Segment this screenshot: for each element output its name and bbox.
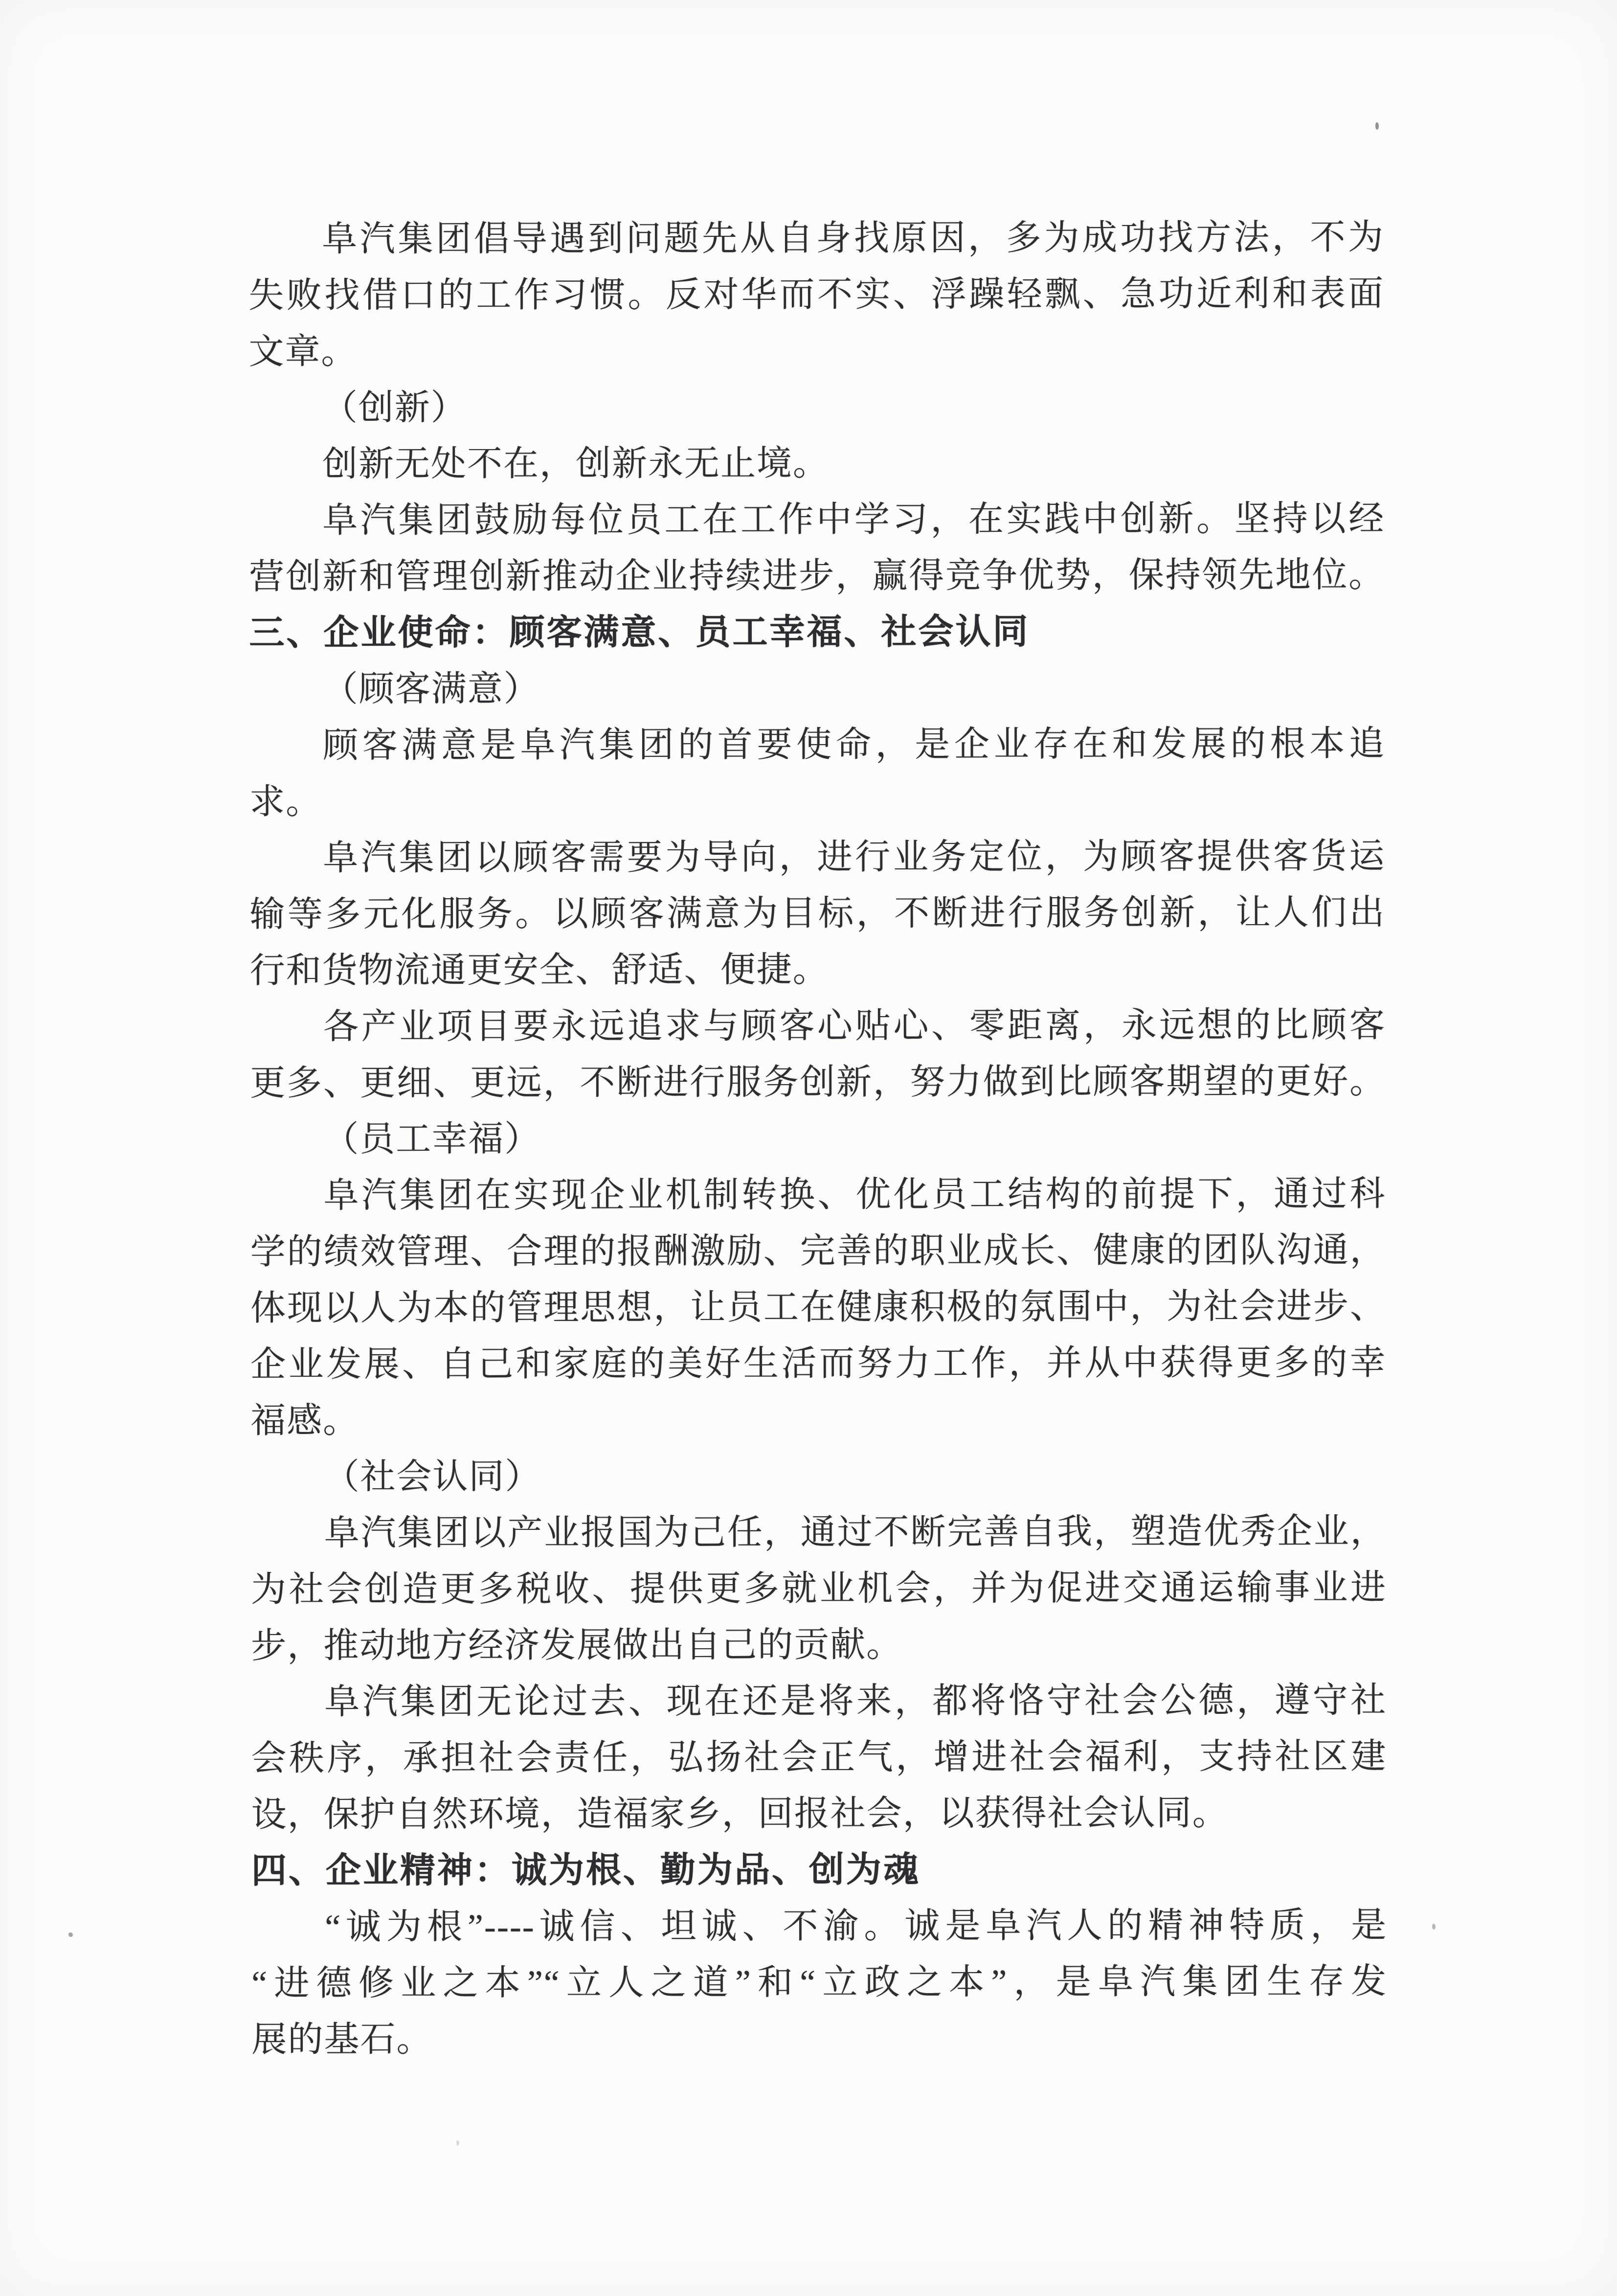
- text-line: 学的绩效管理、合理的报酬激励、完善的职业成长、健康的团队沟通，: [250, 1222, 1386, 1280]
- text-block: 阜汽集团倡导遇到问题先从自身找原因，多为成功找方法，不为失败找借口的工作习惯。反…: [248, 209, 1388, 2068]
- text-line: （社会认同）: [250, 1447, 1386, 1505]
- text-line: 阜汽集团无论过去、现在还是将来，都将恪守社会公德，遵守社: [251, 1672, 1387, 1730]
- text-line: （顾客满意）: [249, 659, 1385, 718]
- scan-speck: [1375, 122, 1379, 130]
- text-line: 输等多元化服务。以顾客满意为目标，不断进行服务创新，让人们出: [249, 885, 1385, 943]
- scan-speck: [456, 2140, 459, 2145]
- text-line: 顾客满意是阜汽集团的首要使命，是企业存在和发展的根本追: [249, 716, 1385, 774]
- scan-speck: [68, 1932, 73, 1937]
- text-line: 阜汽集团鼓励每位员工在工作中学习，在实践中创新。坚持以经: [249, 491, 1385, 549]
- text-line: “诚为根”----诚信、坦诚、不渝。诚是阜汽人的精神特质，是: [251, 1897, 1387, 1955]
- text-line: 文章。: [248, 322, 1384, 380]
- text-line: 各产业项目要永远追求与顾客心贴心、零距离，永远想的比顾客: [250, 997, 1386, 1055]
- scan-speck: [552, 1929, 555, 1935]
- text-line: 营创新和管理创新推动企业持续进步，赢得竞争优势，保持领先地位。: [249, 547, 1385, 605]
- text-line: 展的基石。: [251, 2010, 1387, 2068]
- text-line: （创新）: [249, 378, 1385, 436]
- text-line: 福感。: [250, 1391, 1386, 1449]
- text-line: 设，保护自然环境，造福家乡，回报社会，以获得社会认同。: [251, 1785, 1387, 1843]
- text-line: 会秩序，承担社会责任，弘扬社会正气，增进社会福利，支持社区建: [251, 1728, 1387, 1787]
- section-heading-line: 三、企业使命：顾客满意、员工幸福、社会认同: [249, 603, 1385, 661]
- text-line: 为社会创造更多税收、提供更多就业机会，并为促进交通运输事业进: [251, 1560, 1387, 1618]
- text-line: 阜汽集团倡导遇到问题先从自身找原因，多为成功找方法，不为: [248, 209, 1384, 268]
- text-line: 失败找借口的工作习惯。反对华而不实、浮躁轻飘、急功近利和表面: [248, 266, 1384, 324]
- text-line: 创新无处不在，创新永无止境。: [249, 434, 1385, 493]
- text-line: 求。: [249, 772, 1385, 830]
- section-heading-line: 四、企业精神：诚为根、勤为品、创为魂: [251, 1841, 1387, 1899]
- document-page: 阜汽集团倡导遇到问题先从自身找原因，多为成功找方法，不为失败找借口的工作习惯。反…: [0, 0, 1617, 2296]
- text-line: （员工幸福）: [250, 1110, 1386, 1168]
- text-line: 阜汽集团以顾客需要为导向，进行业务定位，为顾客提供客货运: [249, 828, 1385, 887]
- text-line: 企业发展、自己和家庭的美好生活而努力工作，并从中获得更多的幸: [250, 1335, 1386, 1393]
- text-line: 阜汽集团以产业报国为己任，通过不断完善自我，塑造优秀企业，: [251, 1503, 1387, 1562]
- text-line: 体现以人为本的管理思想，让员工在健康积极的氛围中，为社会进步、: [250, 1278, 1386, 1337]
- text-line: 更多、更细、更远，不断进行服务创新，努力做到比顾客期望的更好。: [250, 1053, 1386, 1112]
- text-line: 阜汽集团在实现企业机制转换、优化员工结构的前提下，通过科: [250, 1166, 1386, 1224]
- scan-speck: [1432, 1924, 1436, 1930]
- text-line: “进德修业之本”“立人之道”和“立政之本”，是阜汽集团生存发: [251, 1954, 1387, 2012]
- scan-speck: [1233, 1926, 1236, 1932]
- text-line: 步，推动地方经济发展做出自己的贡献。: [251, 1616, 1387, 1674]
- text-line: 行和货物流通更安全、舒适、便捷。: [250, 941, 1386, 999]
